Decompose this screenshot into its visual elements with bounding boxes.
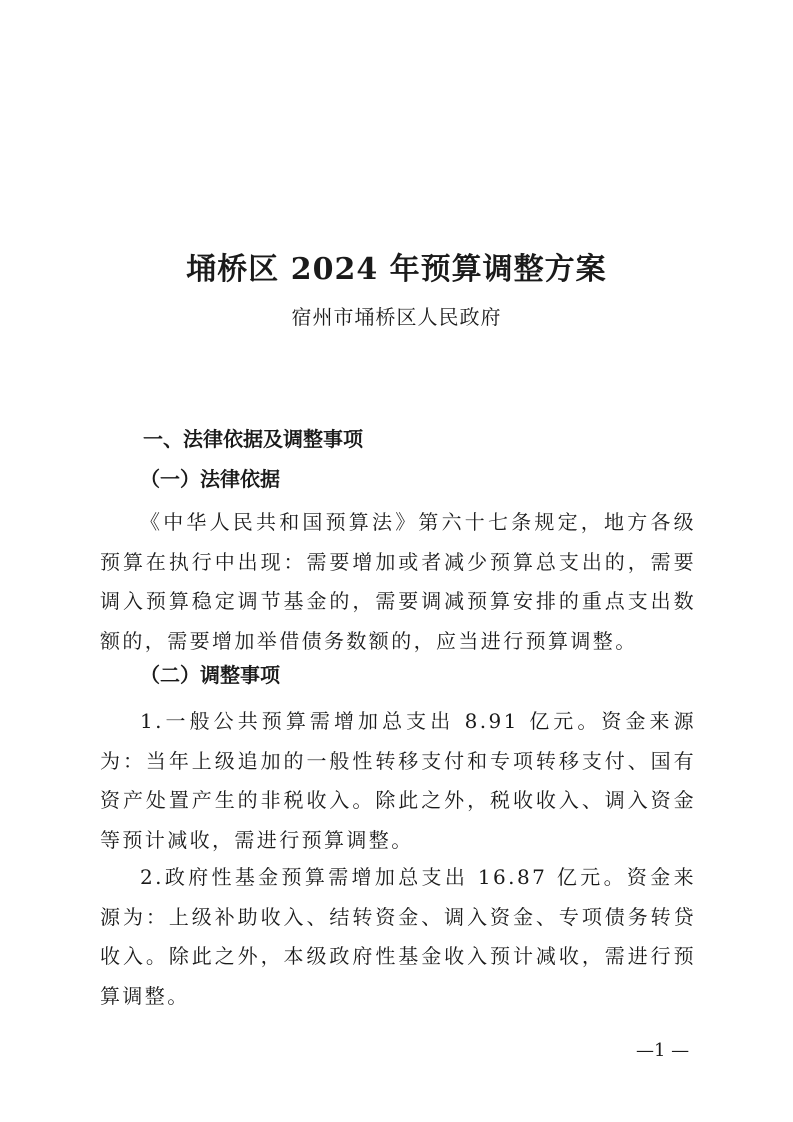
paragraph-government-fund-budget: 2.政府性基金预算需增加总支出 16.87 亿元。资金来源为：上级补助收入、结转… xyxy=(100,858,696,1016)
subsection-heading-adjustment-items: （二）调整事项 xyxy=(140,660,280,690)
paragraph-general-public-budget: 1.一般公共预算需增加总支出 8.91 亿元。资金来源为：当年上级追加的一般性转… xyxy=(100,702,696,860)
section-heading-legal-basis-and-adjustments: 一、法律依据及调整事项 xyxy=(143,424,363,454)
document-title: 埇桥区 2024 年预算调整方案 xyxy=(0,248,793,292)
paragraph-legal-basis: 《中华人民共和国预算法》第六十七条规定，地方各级预算在执行中出现：需要增加或者减… xyxy=(100,503,696,661)
document-issuer: 宿州市埇桥区人民政府 xyxy=(0,301,793,333)
document-page: 埇桥区 2024 年预算调整方案 宿州市埇桥区人民政府 一、法律依据及调整事项 … xyxy=(0,0,793,1122)
page-number: —1 — xyxy=(636,1040,689,1062)
subsection-heading-legal-basis: （一）法律依据 xyxy=(140,464,280,494)
